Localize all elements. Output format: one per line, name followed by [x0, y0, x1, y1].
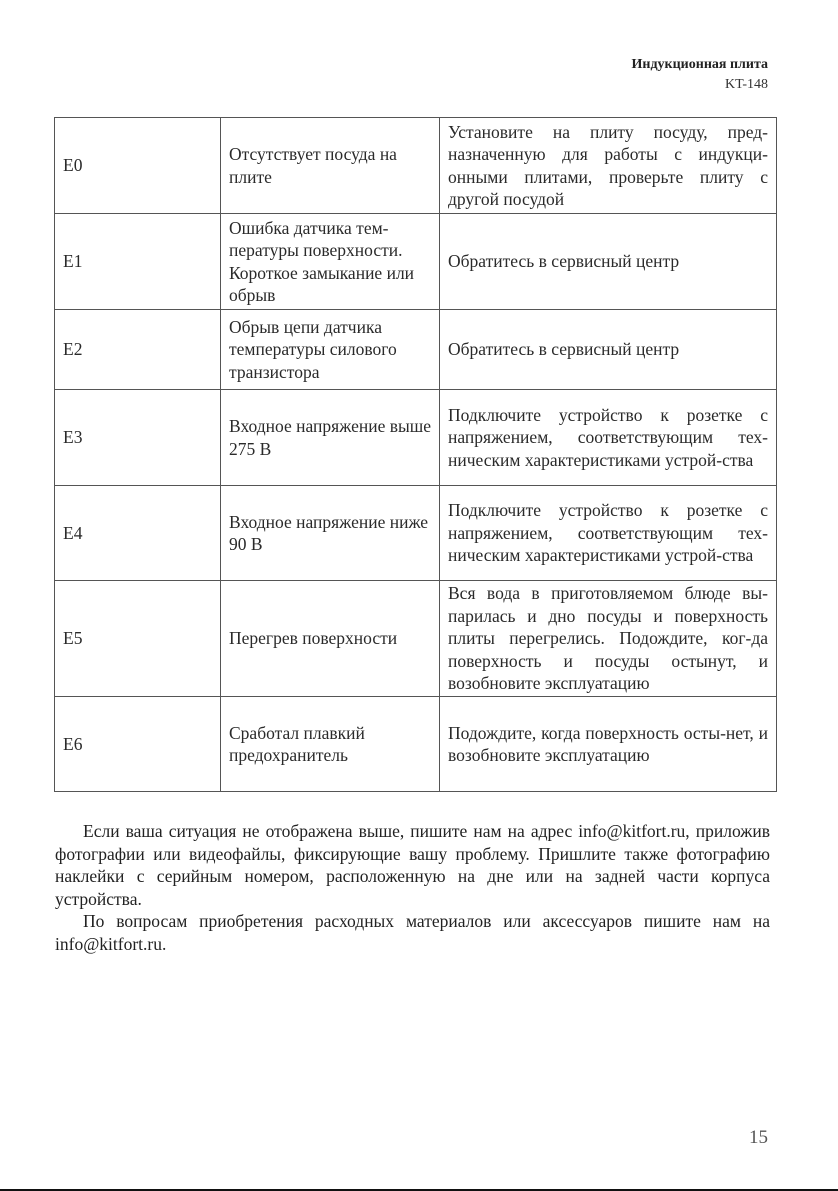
error-code: E6 [55, 697, 221, 792]
table-row: E1 Ошибка датчика тем-пературы поверхнос… [55, 214, 777, 310]
error-cause: Входное напряжение выше 275 В [221, 390, 440, 486]
table-row: E0 Отсутствует посуда на плите Установит… [55, 118, 777, 214]
page-header: Индукционная плита KT-148 [632, 55, 768, 95]
support-paragraph-accessories: По вопросам приобретения расходных матер… [55, 910, 770, 955]
error-cause: Перегрев поверхности [221, 581, 440, 697]
product-model: KT-148 [632, 75, 768, 95]
error-remedy: Вся вода в приготовляемом блюде вы-парил… [440, 581, 777, 697]
error-code: E2 [55, 310, 221, 390]
error-remedy: Обратитесь в сервисный центр [440, 214, 777, 310]
error-cause: Обрыв цепи датчика температуры силового … [221, 310, 440, 390]
table-row: E6 Сработал плавкий предохранитель Подож… [55, 697, 777, 792]
error-remedy: Подождите, когда поверхность осты-нет, и… [440, 697, 777, 792]
page-number: 15 [749, 1127, 768, 1149]
product-title: Индукционная плита [632, 55, 768, 75]
error-remedy: Подключите устройство к розетке с напряж… [440, 390, 777, 486]
error-cause: Сработал плавкий предохранитель [221, 697, 440, 792]
error-code: E1 [55, 214, 221, 310]
error-cause: Ошибка датчика тем-пературы поверхности.… [221, 214, 440, 310]
error-codes-table: E0 Отсутствует посуда на плите Установит… [54, 117, 777, 792]
error-code: E4 [55, 486, 221, 581]
error-remedy: Подключите устройство к розетке с напряж… [440, 486, 777, 581]
table-row: E2 Обрыв цепи датчика температуры силово… [55, 310, 777, 390]
support-notes: Если ваша ситуация не отображена выше, п… [55, 820, 770, 955]
error-code: E0 [55, 118, 221, 214]
table-row: E4 Входное напряжение ниже 90 В Подключи… [55, 486, 777, 581]
error-code: E3 [55, 390, 221, 486]
support-paragraph-contact: Если ваша ситуация не отображена выше, п… [55, 820, 770, 910]
table-row: E3 Входное напряжение выше 275 В Подключ… [55, 390, 777, 486]
error-cause: Отсутствует посуда на плите [221, 118, 440, 214]
error-cause: Входное напряжение ниже 90 В [221, 486, 440, 581]
error-remedy: Установите на плиту посуду, пред-назначе… [440, 118, 777, 214]
error-remedy: Обратитесь в сервисный центр [440, 310, 777, 390]
error-code: E5 [55, 581, 221, 697]
table-row: E5 Перегрев поверхности Вся вода в приго… [55, 581, 777, 697]
